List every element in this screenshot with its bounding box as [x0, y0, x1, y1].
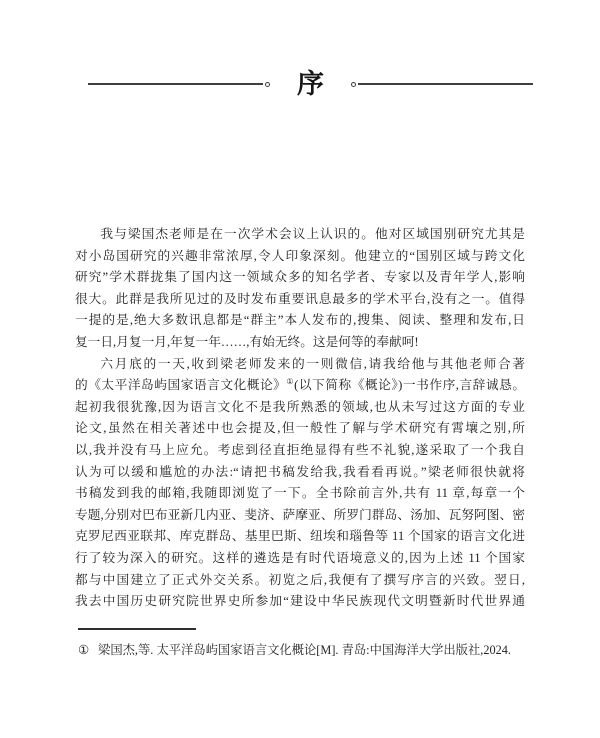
chapter-title-row: 序 [88, 64, 533, 104]
footnote-marker: ① [78, 643, 89, 657]
text-line: 我与梁国杰老师是在一次学术会议上认识的。他对区域国别研究尤其是 [75, 224, 525, 246]
text-line: 以,我并没有马上应允。考虑到径直拒绝显得有些不礼貌,遂采取了一个我自 [75, 440, 525, 462]
text-line: 研究”学术群拢集了国内这一领域众多的知名学者、专家以及青年学人,影响 [75, 267, 525, 289]
text-line: 复一日,月复一月,年复一年……,有始无终。这是何等的奉献呵! [75, 332, 525, 354]
text-line: 对小岛国研究的兴趣非常浓厚,令人印象深刻。他建立的“国别区域与跨文化 [75, 246, 525, 268]
text-line: 专题,分别对巴布亚新几内亚、斐济、萨摩亚、所罗门群岛、汤加、瓦努阿图、密 [75, 505, 525, 527]
footnote-ref: ① [286, 377, 294, 386]
text-line: 书稿发到我的邮箱,我随即浏览了一下。全书除前言外,共有 11 章,每章一个 [75, 483, 525, 505]
footnote-separator [78, 628, 196, 630]
text-line: 很大。此群是我所见过的及时发布重要讯息最多的学术平台,没有之一。值得 [75, 289, 525, 311]
title-rule-left [88, 83, 263, 85]
text-line: 我去中国历史研究院世界史所参加“建设中华民族现代文明暨新时代世界通 [75, 591, 525, 613]
text-line: 六月底的一天,收到梁老师发来的一则微信,请我给他与其他老师合著 [75, 354, 525, 376]
text-line: 一提的是,绝大多数讯息都是“群主”本人发布的,搜集、阅读、整理和发布,日 [75, 310, 525, 332]
text-line: 的《太平洋岛屿国家语言文化概论》①(以下简称《概论》)一书作序,言辞诚恳。 [75, 375, 525, 397]
title-rule-right [358, 83, 533, 85]
text-line: 起初我很犹豫,因为语言文化不是我所熟悉的领域,也从未写过这方面的专业 [75, 397, 525, 419]
preface-body: 我与梁国杰老师是在一次学术会议上认识的。他对区域国别研究尤其是对小岛国研究的兴趣… [75, 224, 525, 613]
footnote-text: 梁国杰,等. 太平洋岛屿国家语言文化概论[M]. 青岛:中国海洋大学出版社,20… [98, 643, 511, 657]
text-line: 行了较为深入的研究。这样的遴选是有时代语境意义的,因为上述 11 个国家 [75, 548, 525, 570]
text-line: 都与中国建立了正式外交关系。初览之后,我便有了撰写序言的兴致。翌日, [75, 570, 525, 592]
text-line: 克罗尼西亚联邦、库克群岛、基里巴斯、纽埃和瑙鲁等 11 个国家的语言文化进 [75, 526, 525, 548]
text-line: 论文,虽然在相关著述中也会提及,但一般性了解与学术研究有霄壤之别,所 [75, 418, 525, 440]
page-title: 序 [270, 64, 351, 104]
book-page: 序 我与梁国杰老师是在一次学术会议上认识的。他对区域国别研究尤其是对小岛国研究的… [0, 0, 600, 738]
text-line: 认为可以缓和尴尬的办法:“请把书稿发给我,我看看再说。”梁老师很快就将 [75, 462, 525, 484]
footnote: ①梁国杰,等. 太平洋岛屿国家语言文化概论[M]. 青岛:中国海洋大学出版社,2… [78, 641, 530, 659]
title-dot-right [351, 82, 356, 87]
